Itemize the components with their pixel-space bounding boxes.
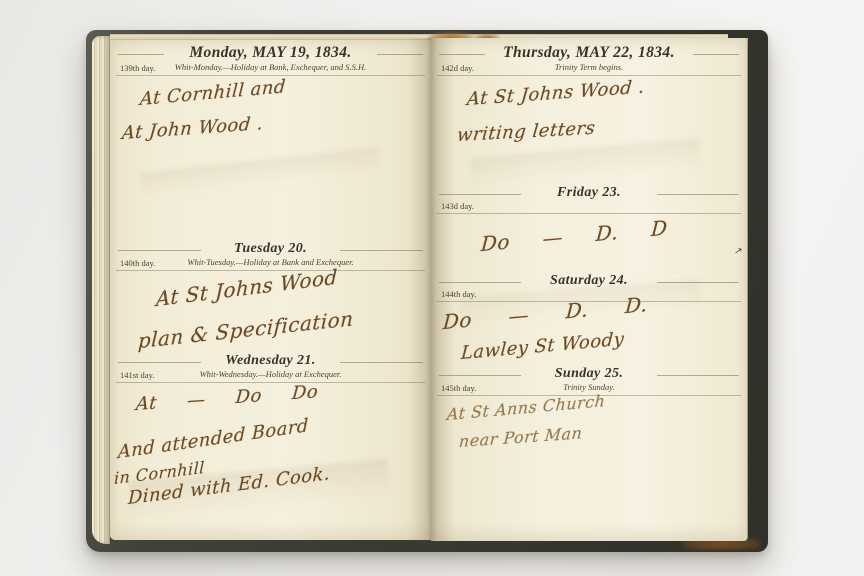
- diary-book: Monday, MAY 19, 1834. Whit-Monday.—Holid…: [86, 30, 768, 552]
- handwritten-line: At St Johns Wood .: [466, 68, 743, 111]
- diary-entry: Do — D. D D — D — D: [431, 214, 747, 273]
- day-number-label: 145th day.: [441, 383, 476, 393]
- day-number-label: 144th day.: [441, 289, 476, 299]
- handwritten-line: writing letters: [456, 109, 744, 148]
- right-page: Thursday, MAY 22, 1834. Trinity Term beg…: [431, 38, 748, 541]
- diary-section-saturday: Saturday 24. 144th day. Do — D. D. Lawle…: [431, 273, 747, 366]
- date-title: Wednesday 21.: [116, 353, 425, 369]
- day-number-label: 142d day.: [441, 63, 474, 73]
- diary-section-friday: Friday 23. 143d day. Do — D. D D — D — D: [431, 179, 747, 273]
- diary-section-monday: Monday, MAY 19, 1834. Whit-Monday.—Holid…: [110, 40, 431, 241]
- date-title: Thursday, MAY 22, 1834.: [437, 44, 741, 62]
- diary-entry: At — Do Do And attended Board in Cornhil…: [110, 383, 431, 511]
- diary-section-sunday: Sunday 25. Trinity Sunday. 145th day. At…: [431, 366, 747, 454]
- holiday-note: [437, 201, 741, 211]
- date-title: Tuesday 20.: [116, 241, 425, 257]
- day-number-label: 141st day.: [120, 370, 154, 380]
- pen-mark-fore-edge: ↗: [733, 245, 743, 257]
- date-title: Saturday 24.: [437, 273, 741, 289]
- diary-section-thursday: Thursday, MAY 22, 1834. Trinity Term beg…: [431, 38, 747, 179]
- date-title: Sunday 25.: [437, 366, 741, 382]
- photograph-background: Monday, MAY 19, 1834. Whit-Monday.—Holid…: [0, 0, 864, 576]
- day-number-label: 140th day.: [120, 258, 155, 268]
- diary-section-wednesday: Wednesday 21. Whit-Wednesday.—Holiday at…: [110, 353, 431, 511]
- diary-entry: At St Johns Wood plan & Specification: [110, 271, 431, 353]
- diary-entry: At St Anns Church near Port Man: [431, 396, 747, 454]
- day-number-label: 139th day.: [120, 63, 155, 73]
- diary-entry: Do — D. D. Lawley St Woody: [431, 302, 747, 366]
- left-page: Monday, MAY 19, 1834. Whit-Monday.—Holid…: [110, 40, 431, 540]
- diary-entry: At St Johns Wood . writing letters: [431, 76, 747, 148]
- date-title: Monday, MAY 19, 1834.: [116, 44, 425, 62]
- handwritten-line: D — D — D: [470, 266, 744, 273]
- handwritten-line: Do — D. D: [480, 209, 743, 256]
- page-edges-left: [92, 36, 110, 544]
- date-title: Friday 23.: [437, 185, 741, 201]
- section-header: Friday 23. 143d day.: [437, 185, 741, 214]
- diary-entry: At Cornhill and At John Wood .: [110, 76, 431, 146]
- diary-section-tuesday: Tuesday 20. Whit-Tuesday.—Holiday at Ban…: [110, 241, 431, 353]
- day-number-label: 143d day.: [441, 201, 474, 211]
